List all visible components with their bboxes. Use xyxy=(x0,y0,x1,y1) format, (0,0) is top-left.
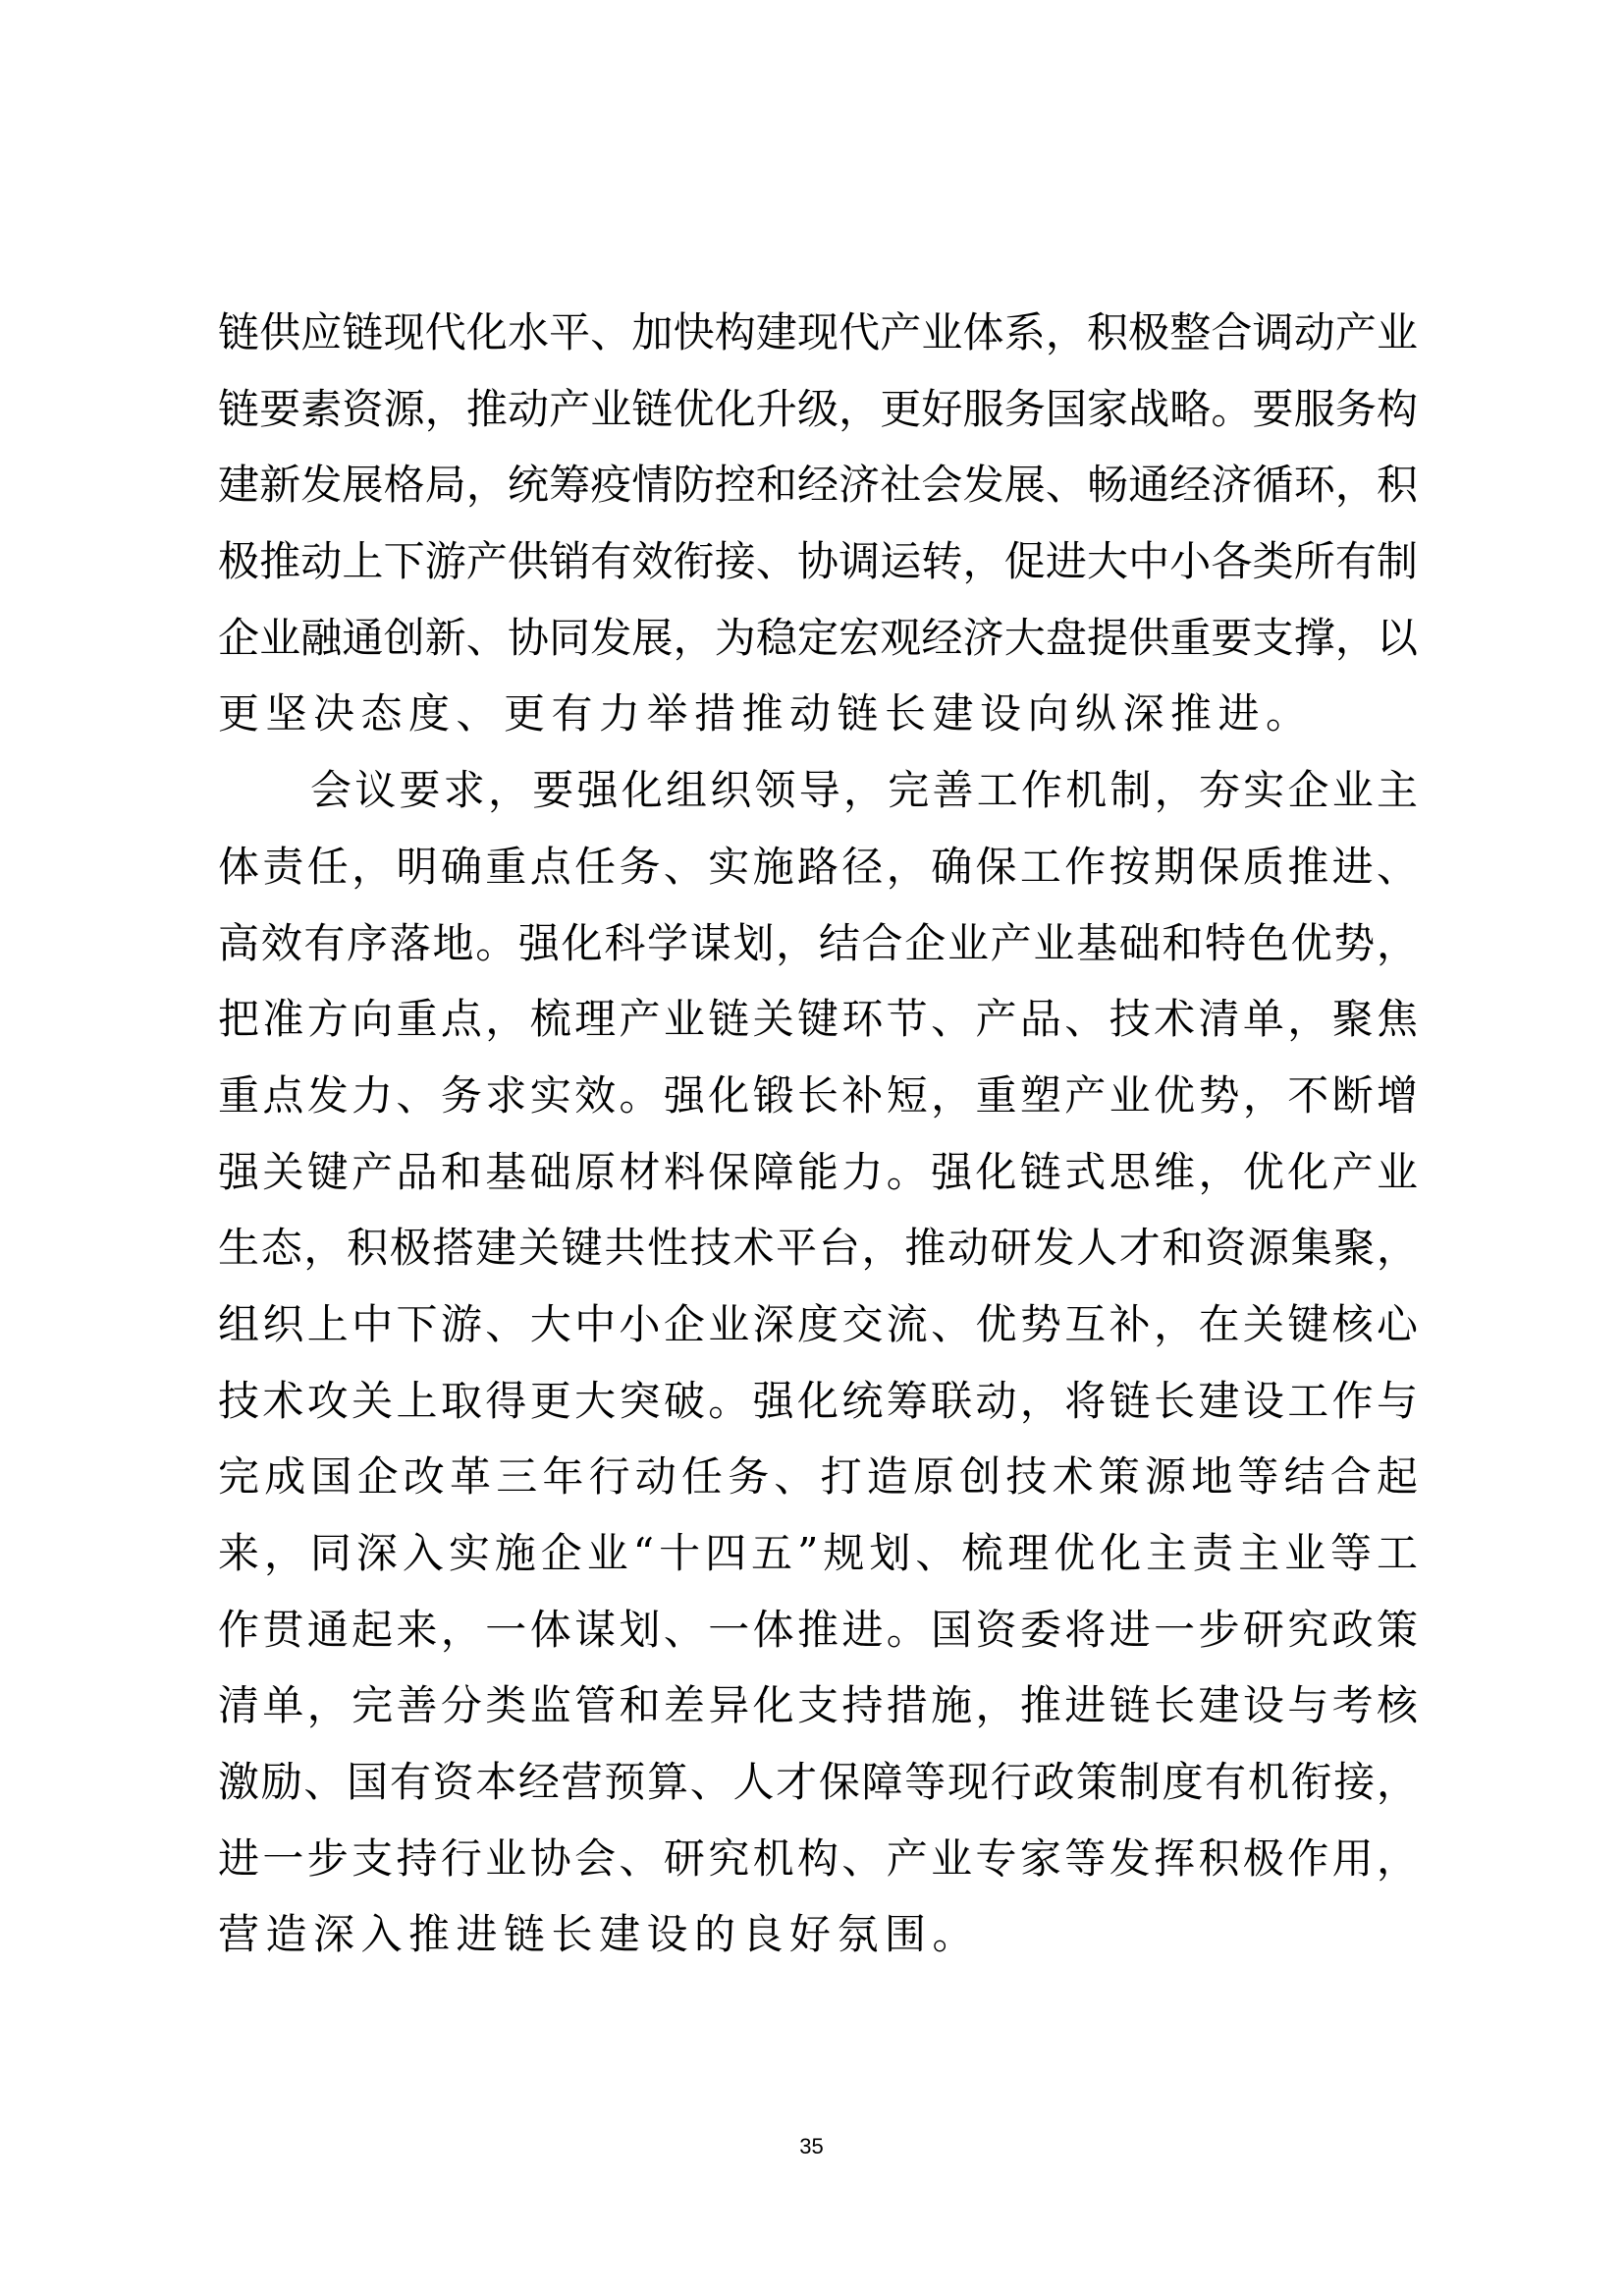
text-line: 高效有序落地。强化科学谋划，结合企业产业基础和特色优势， xyxy=(218,905,1418,982)
document-page: 链供应链现代化水平、加快构建现代产业体系，积极整合调动产业 链要素资源，推动产业… xyxy=(0,0,1623,2296)
text-line: 来，同深入实施企业“十四五”规划、梳理优化主责主业等工 xyxy=(218,1515,1418,1592)
text-line: 强关键产品和基础原材料保障能力。强化链式思维，优化产业 xyxy=(218,1134,1418,1211)
text-line: 企业融通创新、协同发展，为稳定宏观经济大盘提供重要支撑，以 xyxy=(218,600,1418,677)
text-line: 把准方向重点，梳理产业链关键环节、产品、技术清单，聚焦 xyxy=(218,981,1418,1058)
text-line: 重点发力、务求实效。强化锻长补短，重塑产业优势，不断增 xyxy=(218,1058,1418,1134)
text-line: 技术攻关上取得更大突破。强化统筹联动，将链长建设工作与 xyxy=(218,1363,1418,1440)
text-line: 极推动上下游产供销有效衔接、协调运转，促进大中小各类所有制 xyxy=(218,523,1418,600)
text-line: 营造深入推进链长建设的良好氛围。 xyxy=(218,1896,1418,1973)
text-line: 完成国企改革三年行动任务、打造原创技术策源地等结合起 xyxy=(218,1439,1418,1515)
text-line: 建新发展格局，统筹疫情防控和经济社会发展、畅通经济循环，积 xyxy=(218,447,1418,523)
text-line: 组织上中下游、大中小企业深度交流、优势互补，在关键核心 xyxy=(218,1286,1418,1363)
text-line: 激励、国有资本经营预算、人才保障等现行政策制度有机衔接， xyxy=(218,1744,1418,1821)
text-line: 进一步支持行业协会、研究机构、产业专家等发挥积极作用， xyxy=(218,1821,1418,1897)
text-line: 清单，完善分类监管和差异化支持措施，推进链长建设与考核 xyxy=(218,1667,1418,1744)
page-number: 35 xyxy=(0,2133,1623,2160)
text-line: 生态，积极搭建关键共性技术平台，推动研发人才和资源集聚， xyxy=(218,1210,1418,1286)
paragraph-2: 会议要求，要强化组织领导，完善工作机制，夯实企业主 体责任，明确重点任务、实施路… xyxy=(218,752,1418,1973)
text-line: 会议要求，要强化组织领导，完善工作机制，夯实企业主 xyxy=(218,752,1418,829)
body-text: 链供应链现代化水平、加快构建现代产业体系，积极整合调动产业 链要素资源，推动产业… xyxy=(218,295,1418,1973)
text-line: 体责任，明确重点任务、实施路径，确保工作按期保质推进、 xyxy=(218,829,1418,905)
text-line: 更坚决态度、更有力举措推动链长建设向纵深推进。 xyxy=(218,676,1418,752)
text-line: 链要素资源，推动产业链优化升级，更好服务国家战略。要服务构 xyxy=(218,371,1418,448)
text-line: 链供应链现代化水平、加快构建现代产业体系，积极整合调动产业 xyxy=(218,295,1418,371)
paragraph-1: 链供应链现代化水平、加快构建现代产业体系，积极整合调动产业 链要素资源，推动产业… xyxy=(218,295,1418,752)
text-line: 作贯通起来，一体谋划、一体推进。国资委将进一步研究政策 xyxy=(218,1592,1418,1668)
